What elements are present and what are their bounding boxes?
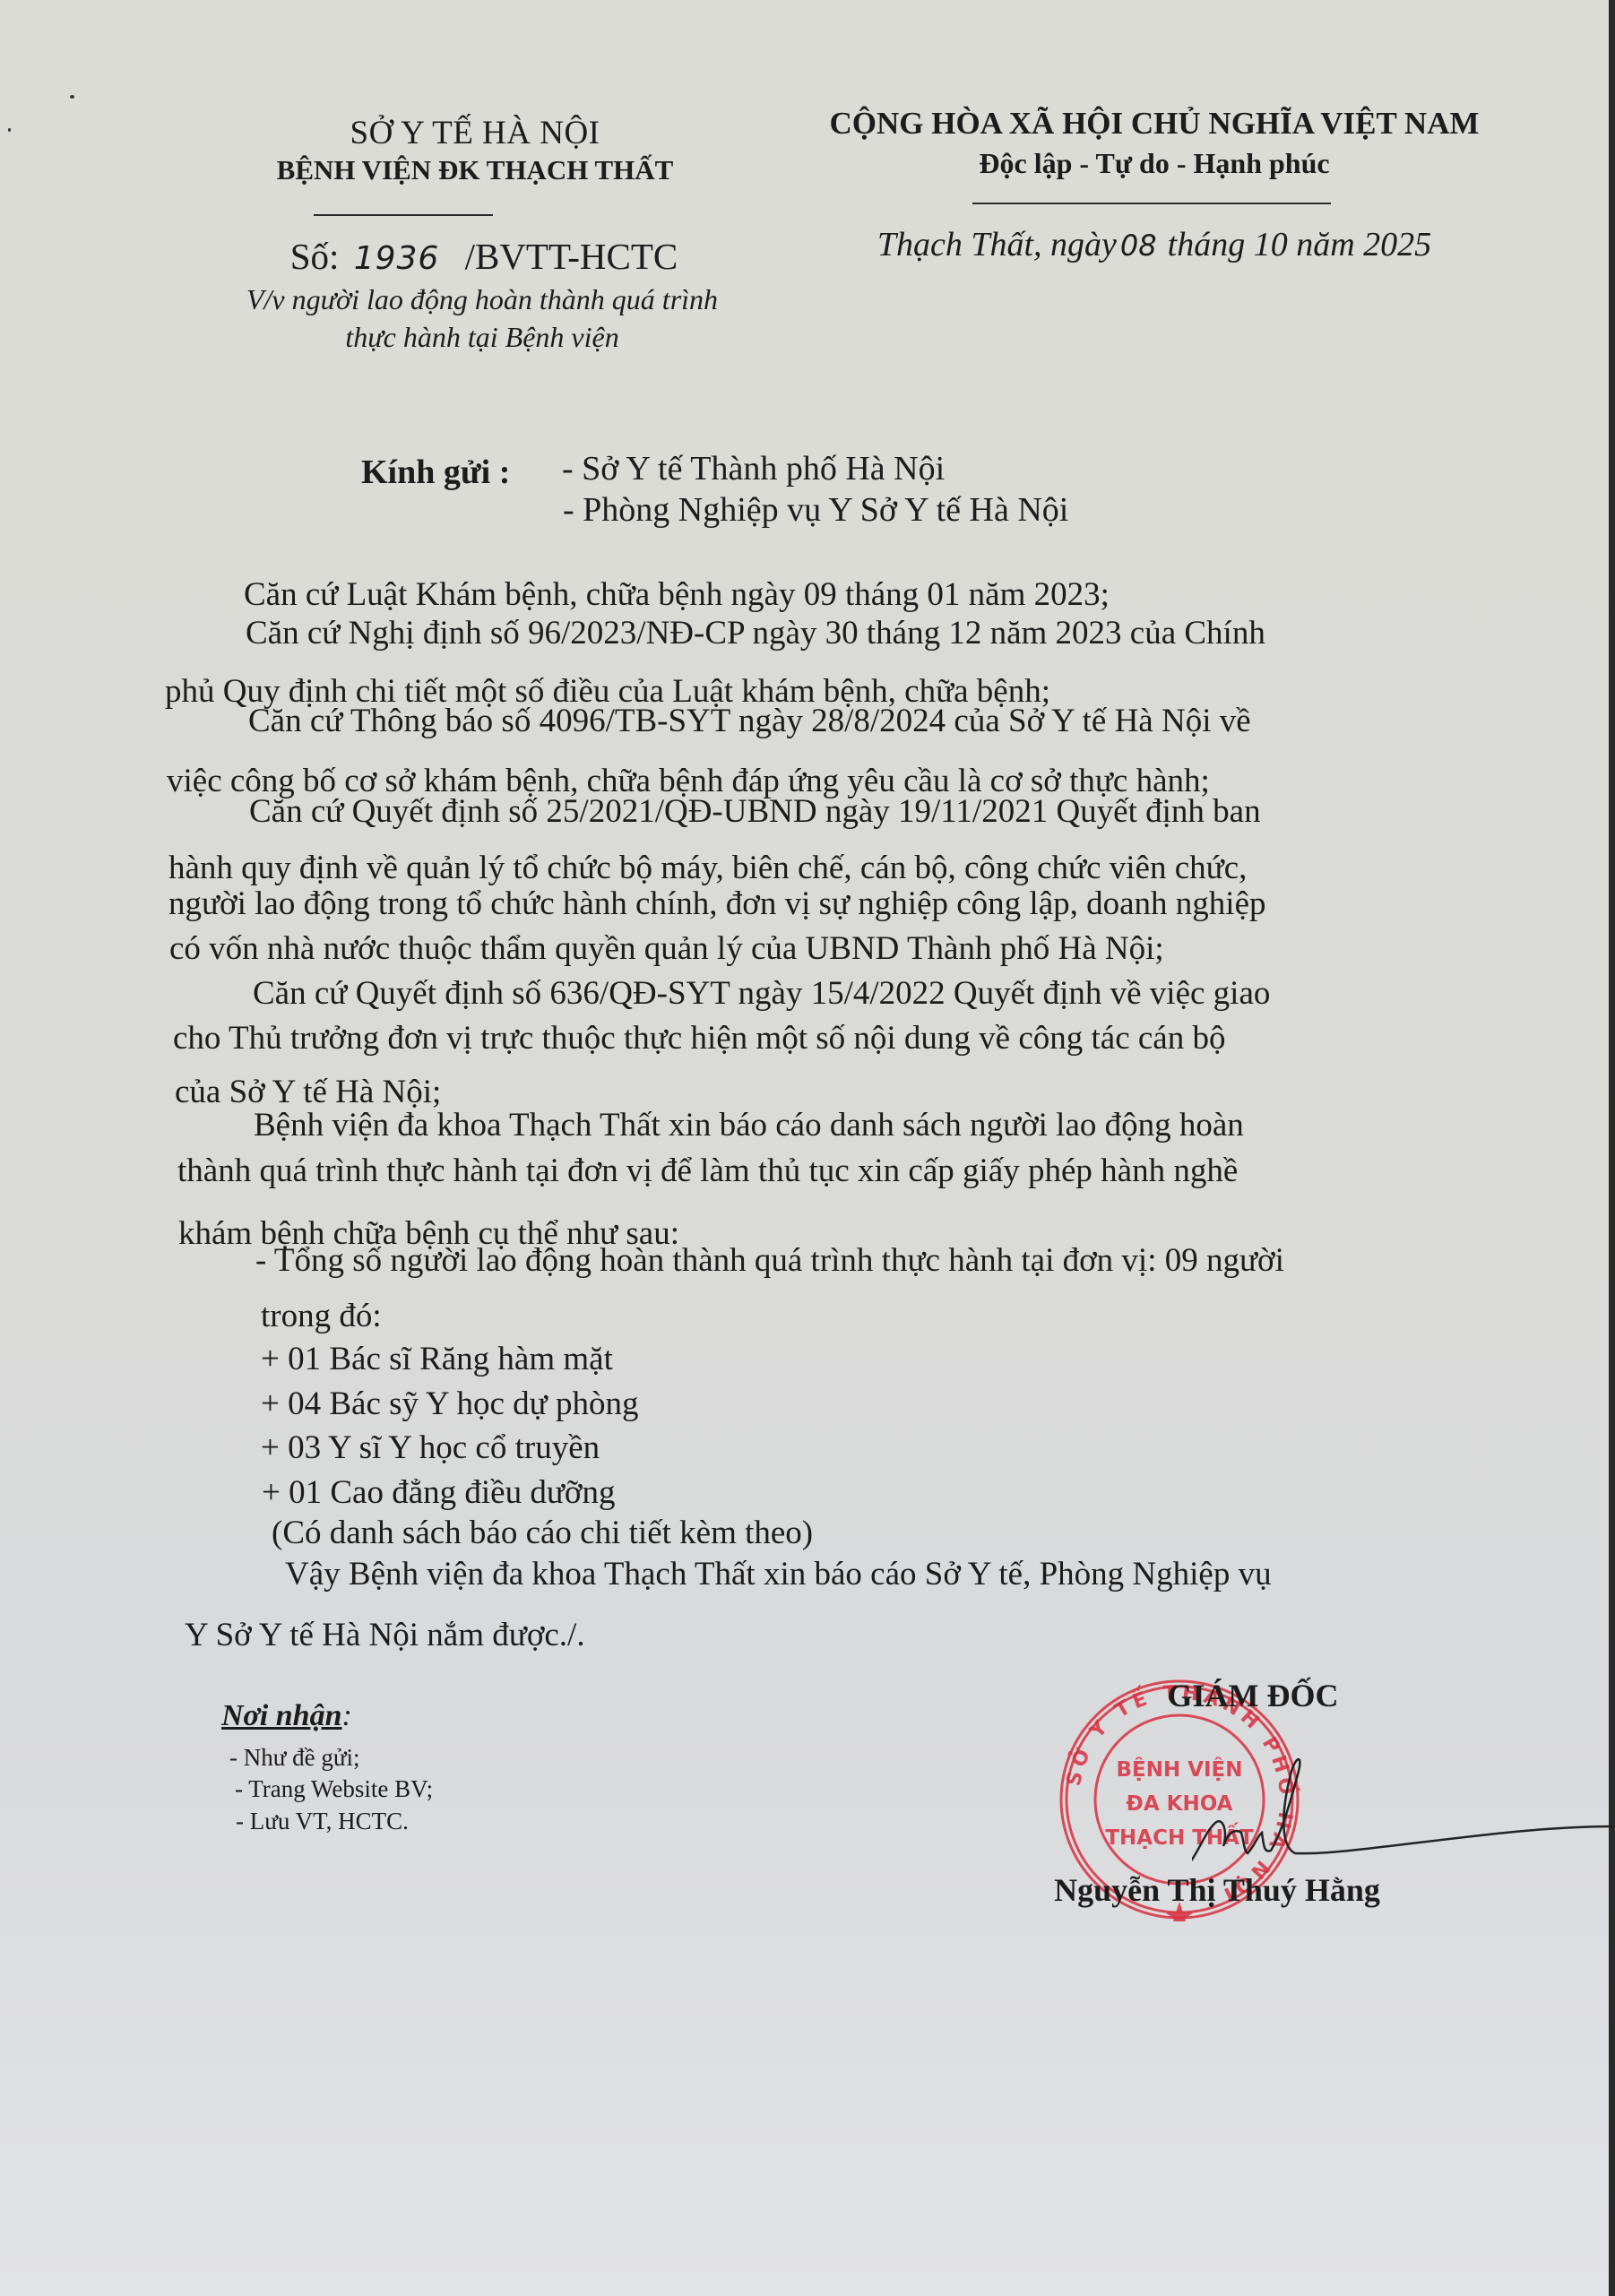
closing-line: Y Sở Y tế Hà Nội nắm được./.: [185, 1618, 585, 1652]
subject-line-2: thực hành tại Bệnh viện: [345, 323, 618, 351]
date-day-handwritten: 08: [1117, 229, 1168, 263]
nation-motto: Độc lập - Tự do - Hạnh phúc: [979, 149, 1329, 177]
distribution-title-colon: :: [341, 1699, 351, 1732]
body-line: của Sở Y tế Hà Nội;: [175, 1075, 441, 1109]
distribution-item: - Như đề gửi;: [229, 1746, 360, 1770]
signatory-title: GIÁM ĐỐC: [1168, 1679, 1339, 1712]
subject-line-1: V/v người lao động hoàn thành quá trình: [246, 285, 718, 314]
number-handwritten: 1936: [349, 240, 456, 277]
breakdown-item: + 01 Cao đẳng điều dưỡng: [262, 1476, 615, 1509]
motto-underline: [972, 203, 1331, 204]
breakdown-item: + 04 Bác sỹ Y học dự phòng: [261, 1387, 639, 1420]
recipient-item: - Sở Y tế Thành phố Hà Nội: [562, 452, 945, 486]
paper-speck: [8, 128, 11, 132]
number-suffix: /BVTT-HCTC: [465, 236, 678, 277]
issuer-department: SỞ Y TẾ HÀ NỘI: [350, 117, 600, 150]
date-suffix: tháng 10 năm 2025: [1168, 226, 1432, 263]
body-line: Căn cứ Nghị định số 96/2023/NĐ-CP ngày 3…: [246, 617, 1265, 650]
signatory-name: Nguyễn Thị Thuý Hằng: [1054, 1874, 1380, 1906]
issuer-hospital: BỆNH VIỆN ĐK THẠCH THẤT: [277, 156, 674, 184]
date-prefix: Thạch Thất, ngày: [877, 226, 1117, 263]
body-line: Căn cứ Luật Khám bệnh, chữa bệnh ngày 09…: [244, 578, 1110, 611]
document-number: Số: 1936 /BVTT-HCTC: [290, 238, 678, 275]
closing-line: Vậy Bệnh viện đa khoa Thạch Thất xin báo…: [285, 1558, 1272, 1591]
body-line: Căn cứ Quyết định số 25/2021/QĐ-UBND ngà…: [249, 795, 1261, 828]
issue-date: Thạch Thất, ngày08tháng 10 năm 2025: [877, 228, 1431, 262]
body-line: Căn cứ Thông báo số 4096/TB-SYT ngày 28/…: [248, 704, 1251, 738]
recipients-label: Kính gửi :: [361, 455, 510, 489]
distribution-item: - Lưu VT, HCTC.: [236, 1809, 409, 1834]
body-line: thành quá trình thực hành tại đơn vị để …: [177, 1154, 1238, 1187]
body-line: trong đó:: [261, 1299, 382, 1333]
attachment-note: (Có danh sách báo cáo chi tiết kèm theo): [272, 1516, 813, 1549]
breakdown-item: + 03 Y sĩ Y học cổ truyền: [261, 1431, 600, 1464]
nation-title: CỘNG HÒA XÃ HỘI CHỦ NGHĨA VIỆT NAM: [829, 108, 1479, 139]
body-line: Bệnh viện đa khoa Thạch Thất xin báo cáo…: [254, 1109, 1244, 1142]
distribution-title: Nơi nhận:: [221, 1701, 352, 1731]
distribution-item: - Trang Website BV;: [235, 1777, 433, 1801]
body-line: hành quy định về quản lý tổ chức bộ máy,…: [168, 851, 1247, 885]
body-line: cho Thủ trưởng đơn vị trực thuộc thực hi…: [173, 1022, 1225, 1055]
body-line: người lao động trong tổ chức hành chính,…: [168, 887, 1266, 920]
number-label: Số:: [290, 236, 340, 277]
breakdown-item: + 01 Bác sĩ Răng hàm mặt: [261, 1342, 613, 1376]
distribution-title-text: Nơi nhận: [221, 1699, 341, 1732]
body-line: có vốn nhà nước thuộc thẩm quyền quản lý…: [169, 932, 1164, 965]
body-line: Căn cứ Quyết định số 636/QĐ-SYT ngày 15/…: [253, 977, 1270, 1010]
paper-speck: [70, 95, 74, 99]
issuer-underline: [314, 214, 493, 216]
handwritten-signature-icon: [1192, 1748, 1613, 1891]
body-line: - Tổng số người lao động hoàn thành quá …: [255, 1244, 1284, 1277]
page-edge: [1609, 0, 1615, 2296]
recipient-item: - Phòng Nghiệp vụ Y Sở Y tế Hà Nội: [563, 493, 1068, 527]
